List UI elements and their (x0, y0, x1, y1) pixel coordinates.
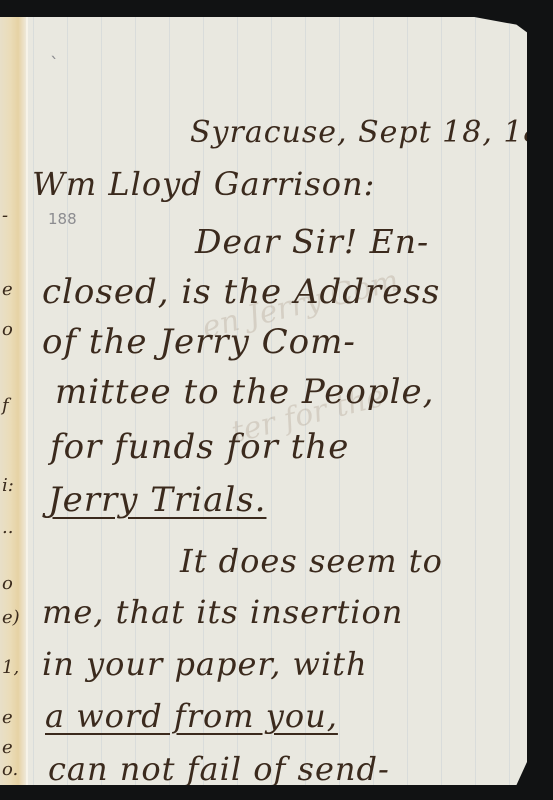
margin-fragment: e) (2, 607, 20, 628)
pencil-note: 188 (48, 210, 77, 228)
letter-line: It does seem to (180, 542, 443, 580)
letter-line: me, that its insertion (42, 593, 403, 631)
letter-line: can not fail of send- (48, 750, 390, 788)
corner-mark: ˎ (50, 39, 59, 60)
margin-fragment: o. (2, 759, 18, 780)
letter-line: Jerry Trials. (48, 480, 266, 520)
margin-fragment: e (2, 279, 13, 300)
letter-line: Dear Sir! En- (195, 222, 429, 261)
letter-line: for funds for the (50, 427, 349, 467)
dateline: Syracuse, Sept 18, 1853, (190, 115, 553, 150)
margin-fragment: o (2, 573, 13, 594)
margin-fragment: .. (2, 517, 13, 538)
margin-fragment: f (2, 395, 9, 416)
letter-line: closed, is the Address (42, 272, 440, 312)
margin-fragment: e (2, 707, 13, 728)
margin-fragment: - (2, 205, 8, 226)
addressee: Wm Lloyd Garrison: (32, 165, 375, 203)
margin-fragment: e (2, 737, 13, 758)
letter-page: - e o f i: .. o e) 1, e e o. ˎ en Jerry … (0, 17, 527, 785)
letter-line: of the Jerry Com- (42, 322, 356, 362)
margin-fragment: i: (2, 475, 14, 496)
letter-line: in your paper, with (42, 645, 368, 683)
fold-line (26, 17, 28, 785)
margin-fragment: 1, (2, 657, 19, 678)
letter-line: a word from you, (45, 697, 338, 735)
margin-fragment: o (2, 319, 13, 340)
letter-line: mittee to the People, (55, 372, 434, 412)
